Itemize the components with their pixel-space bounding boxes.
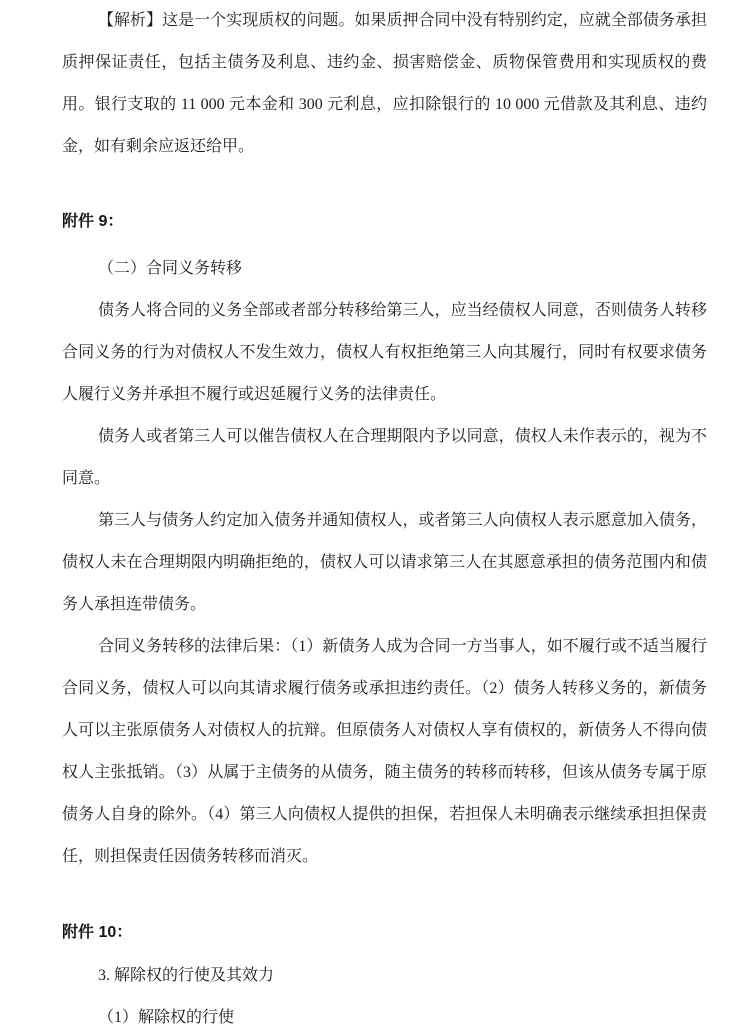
attachment-9-heading: 附件 9： (62, 201, 707, 243)
attachment-10-heading: 附件 10： (62, 912, 707, 954)
list-item-rescission-right-title: 3. 解除权的行使及其效力 (62, 955, 707, 997)
body-paragraph-creditor-silence: 债务人或者第三人可以催告债权人在合理期限内予以同意，债权人未作表示的，视为不同意… (62, 416, 707, 500)
body-paragraph-legal-consequences: 合同义务转移的法律后果：（1）新债务人成为合同一方当事人，如不履行或不适当履行合… (62, 626, 707, 878)
analysis-paragraph: 【解析】这是一个实现质权的问题。如果质押合同中没有特别约定，应就全部债务承担质押… (62, 0, 707, 168)
body-paragraph-third-party-joining-debt: 第三人与债务人约定加入债务并通知债权人，或者第三人向债权人表示愿意加入债务，债权… (62, 500, 707, 626)
body-paragraph-transfer-consent: 债务人将合同的义务全部或者部分转移给第三人，应当经债权人同意，否则债务人转移合同… (62, 290, 707, 416)
document-page: 【解析】这是一个实现质权的问题。如果质押合同中没有特别约定，应就全部债务承担质押… (0, 0, 753, 1036)
list-item-rescission-right-exercise: （1）解除权的行使 (62, 997, 707, 1036)
section-title-contract-obligation-transfer: （二）合同义务转移 (62, 248, 707, 290)
